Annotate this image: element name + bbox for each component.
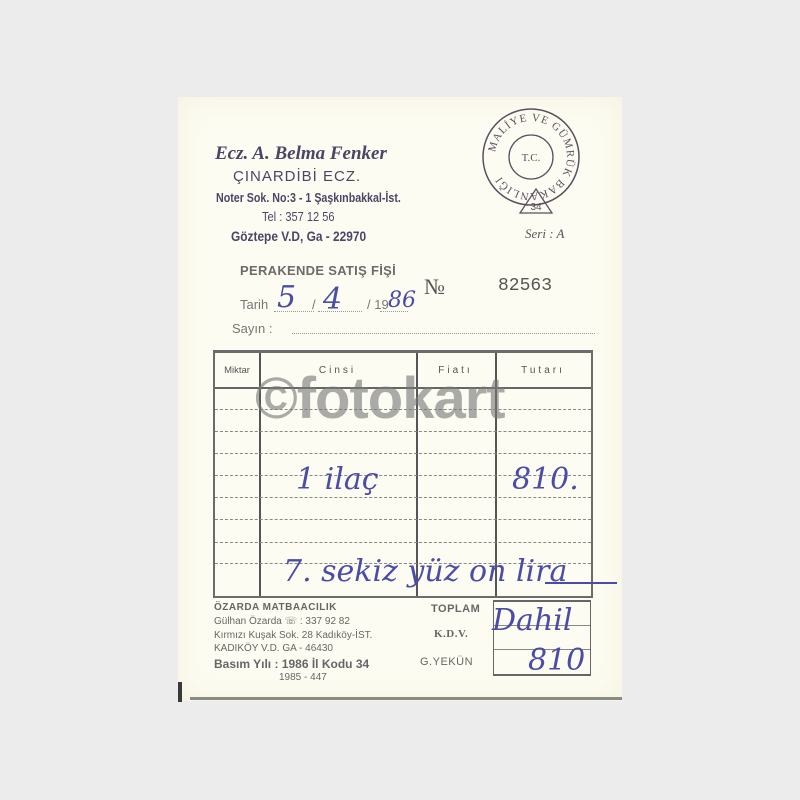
printer-tax: KADIKÖY V.D. GA - 46430: [214, 643, 333, 654]
column-header-miktar: Miktar: [215, 365, 259, 376]
date-year-handwritten: 86: [388, 288, 416, 313]
date-year-printed: / 19: [367, 297, 389, 312]
triangle-badge-icon: 34: [519, 188, 553, 219]
date-label: Tarih: [240, 297, 268, 312]
pharmacy-name: ÇINARDİBİ ECZ.: [233, 168, 361, 185]
table-row: [215, 542, 591, 543]
table-row: [215, 519, 591, 520]
table-row: [215, 453, 591, 454]
date-month-handwritten: 4: [323, 282, 342, 317]
signature-stroke: [545, 582, 617, 584]
printer-address: Kırmızı Kuşak Sok. 28 Kadıköy-İST.: [214, 630, 372, 641]
svg-text:34: 34: [530, 202, 542, 213]
grand-total-label: G.YEKÜN: [420, 656, 473, 668]
printer-owner-phone: Gülhan Özarda ☏ : 337 92 82: [214, 616, 350, 627]
column-header-tutari: Tutarı: [495, 365, 591, 376]
receipt-number: 82563: [498, 276, 552, 296]
svg-text:T.C.: T.C.: [522, 152, 541, 164]
total-label: TOPLAM: [431, 603, 480, 615]
customer-line: [292, 333, 595, 334]
grand-total-handwritten: 810: [528, 643, 585, 678]
customer-label: Sayın :: [232, 321, 272, 336]
pharmacy-tax-office: Göztepe V.D, Ga - 22970: [231, 228, 366, 244]
number-sign: №: [424, 274, 445, 300]
vat-included-handwritten: Dahil: [492, 603, 572, 638]
watermark: ©fotokart: [255, 365, 505, 432]
pharmacy-address: Noter Sok. No:3 - 1 Şaşkınbakkal-İst.: [216, 190, 401, 205]
print-ref: 1985 - 447: [279, 672, 327, 683]
series-label: Seri : A: [525, 226, 564, 242]
item-description-handwritten: 1 ilaç: [296, 462, 379, 497]
receipt-title: PERAKENDE SATIŞ FİŞİ: [240, 263, 396, 278]
table-row: [215, 497, 591, 498]
amount-in-words-handwritten: 7. sekiz yüz on lira: [283, 554, 567, 589]
pharmacist-name: Ecz. A. Belma Fenker: [215, 143, 387, 165]
date-day-handwritten: 5: [277, 280, 296, 315]
date-separator: /: [312, 297, 316, 312]
paper-fold: [178, 682, 182, 702]
paper-edge: [190, 697, 622, 700]
print-info: Basım Yılı : 1986 İl Kodu 34: [214, 657, 369, 671]
vat-label: K.D.V.: [434, 628, 468, 640]
pharmacy-phone: Tel : 357 12 56: [262, 209, 335, 224]
printer-name: ÖZARDA MATBAACILIK: [214, 602, 337, 613]
item-amount-handwritten: 810.: [512, 462, 579, 497]
